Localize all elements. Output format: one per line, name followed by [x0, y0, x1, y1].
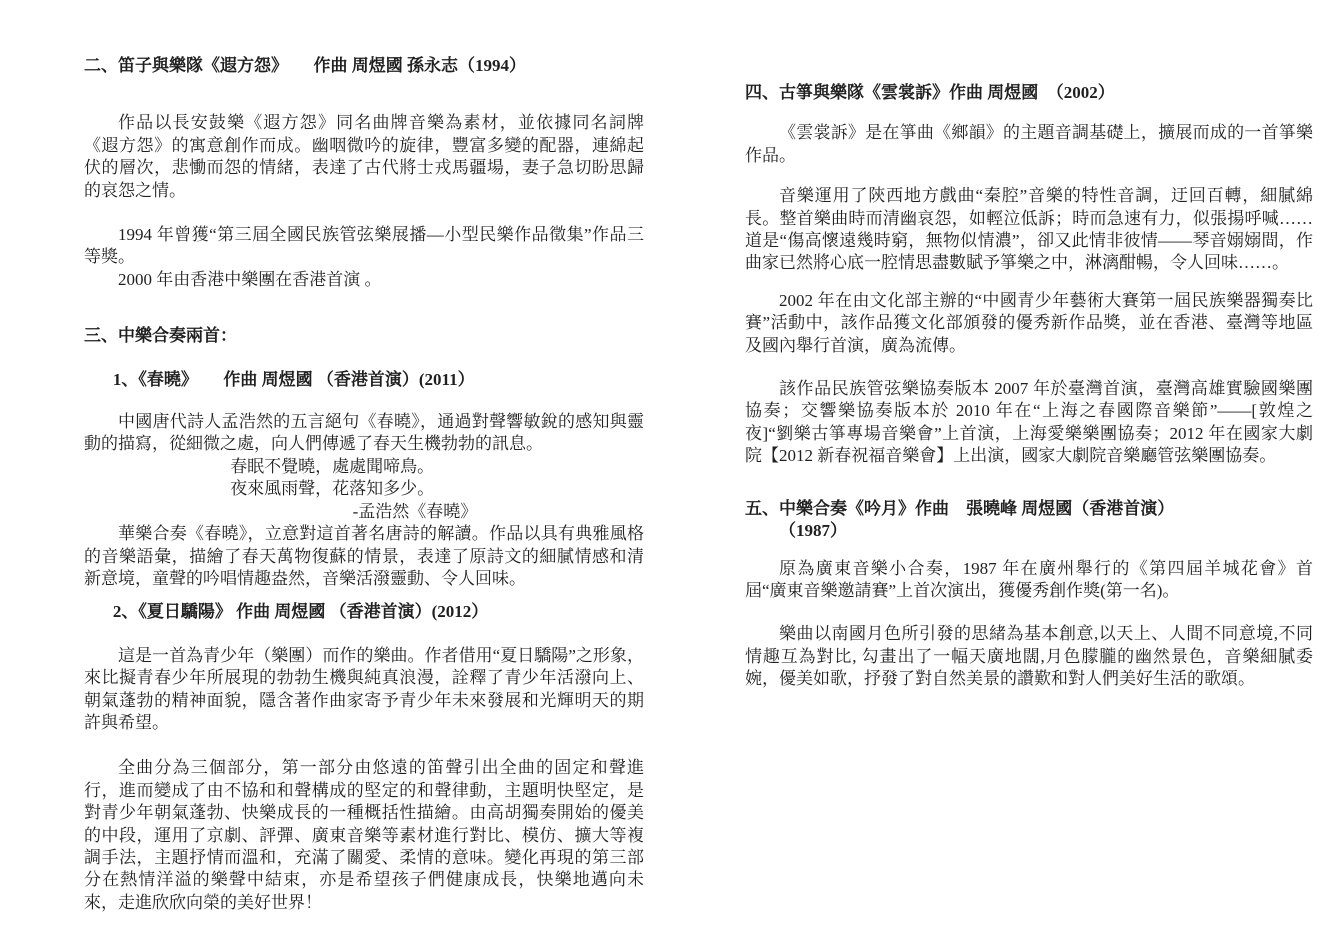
- section-5-paragraph-2: 樂曲以南國月色所引發的思緒為基本創意,以天上、人間不同意境,不同情趣互為對比, …: [745, 623, 1313, 690]
- section-4-paragraph-1: 《雲裳訴》是在箏曲《鄉韻》的主題音調基礎上，擴展而成的一首箏樂作品。: [745, 122, 1313, 167]
- poem-line-2: 夜來風雨聲，花落知多少。: [84, 478, 644, 500]
- section-4-paragraph-3: 2002 年在由文化部主辦的“中國青少年藝術大賽第一屆民族樂器獨奏比賽”活動中，…: [745, 290, 1313, 357]
- poem-attribution: -孟浩然《春曉》: [84, 501, 644, 523]
- section-4-paragraph-4: 該作品民族管弦樂協奏版本 2007 年於臺灣首演，臺灣高雄實驗國樂團協奏；交響樂…: [745, 378, 1313, 468]
- section-2-heading: 二、笛子與樂隊《遐方怨》 作曲 周煜國 孫永志（1994）: [84, 55, 644, 77]
- left-page: 二、笛子與樂隊《遐方怨》 作曲 周煜國 孫永志（1994） 作品以長安鼓樂《遐方…: [84, 55, 644, 914]
- section-5-paragraph-1: 原為廣東音樂小合奏，1987 年在廣州舉行的《第四屆羊城花會》首屆“廣東音樂邀請…: [745, 558, 1313, 603]
- section-5-heading-line-1: 五、中樂合奏《吟月》作曲 張曉峰 周煜國（香港首演）: [745, 498, 1313, 520]
- piece-2-paragraph-2: 全曲分為三個部分，第一部分由悠遠的笛聲引出全曲的固定和聲進行，進而變成了由不協和…: [84, 757, 644, 914]
- piece-1-paragraph-2: 華樂合奏《春曉》，立意對這首著名唐詩的解讀。作品以具有典雅風格的音樂語彙，描繪了…: [84, 523, 644, 590]
- section-4-heading: 四、古箏與樂隊《雲裳訴》作曲 周煜國 （2002）: [745, 82, 1313, 104]
- poem-block: 春眠不覺曉，處處聞啼鳥。 夜來風雨聲，花落知多少。 -孟浩然《春曉》: [84, 456, 644, 523]
- section-2-paragraph-2: 1994 年曾獲“第三屆全國民族管弦樂展播—小型民樂作品徵集”作品三等獎。: [84, 224, 644, 269]
- piece-1-paragraph-1: 中國唐代詩人孟浩然的五言絕句《春曉》，通過對聲響敏銳的感知與靈動的描寫，從細微之…: [84, 411, 644, 456]
- piece-2-heading: 2、《夏日驕陽》 作曲 周煜國 （香港首演）(2012）: [84, 601, 644, 623]
- section-2-paragraph-3: 2000 年由香港中樂團在香港首演 。: [84, 269, 644, 291]
- poem-line-1: 春眠不覺曉，處處聞啼鳥。: [84, 456, 644, 478]
- section-2-paragraph-1: 作品以長安鼓樂《遐方怨》同名曲牌音樂為素材，並依據同名詞牌《遐方怨》的寓意創作而…: [84, 112, 644, 202]
- section-3-heading: 三、中樂合奏兩首：: [84, 325, 644, 347]
- right-page: 四、古箏與樂隊《雲裳訴》作曲 周煜國 （2002） 《雲裳訴》是在箏曲《鄉韻》的…: [745, 82, 1313, 691]
- section-5-heading: 五、中樂合奏《吟月》作曲 張曉峰 周煜國（香港首演） （1987）: [745, 498, 1313, 543]
- section-5-heading-line-2: （1987）: [745, 520, 1313, 542]
- document-spread: 二、笛子與樂隊《遐方怨》 作曲 周煜國 孫永志（1994） 作品以長安鼓樂《遐方…: [0, 0, 1344, 950]
- piece-1-heading: 1、《春曉》 作曲 周煜國 （香港首演）(2011）: [84, 369, 644, 391]
- piece-2-paragraph-1: 這是一首為青少年（樂團）而作的樂曲。作者借用“夏日驕陽”之形象，來比擬青春少年所…: [84, 645, 644, 735]
- section-4-paragraph-2: 音樂運用了陝西地方戲曲“秦腔”音樂的特性音調，迂回百轉，細膩綿長。整首樂曲時而清…: [745, 185, 1313, 275]
